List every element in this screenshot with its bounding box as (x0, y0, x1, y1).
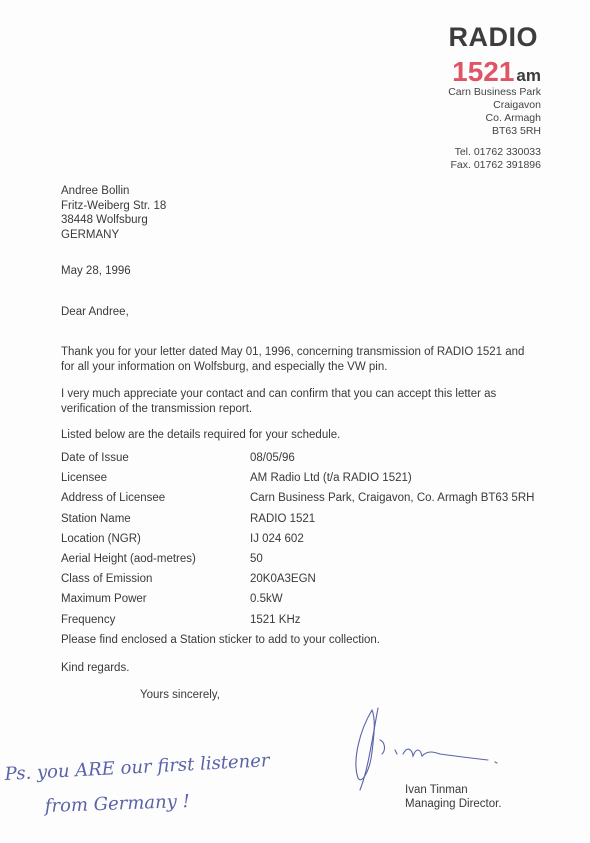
details-value: 20K0A3EGN (250, 573, 316, 593)
details-row: Date of Issue08/05/96 (61, 452, 534, 472)
body-paragraph: I very much appreciate your contact and … (61, 387, 541, 417)
details-row: Maximum Power0.5kW (61, 593, 534, 613)
details-row: Frequency1521 KHz (61, 614, 534, 634)
details-value: 50 (250, 553, 263, 573)
address-line: Craigavon (448, 99, 541, 112)
details-label: Class of Emission (61, 573, 250, 593)
signature-icon (356, 708, 497, 790)
address-line: Co. Armagh (448, 112, 541, 125)
frequency-band: am (516, 66, 541, 85)
details-value: 08/05/96 (250, 452, 295, 472)
details-row: Address of LicenseeCarn Business Park, C… (61, 492, 534, 512)
details-value: IJ 024 602 (250, 533, 304, 553)
details-value: Carn Business Park, Craigavon, Co. Armag… (250, 492, 534, 512)
details-label: Frequency (61, 614, 250, 634)
details-value: 0.5kW (250, 593, 283, 613)
recipient-line: Fritz-Weiberg Str. 18 (61, 199, 166, 214)
address-line: Carn Business Park (448, 86, 541, 99)
handwritten-line: Ps. you ARE our first listener (3, 750, 271, 785)
signer-title: Managing Director. (405, 798, 502, 812)
details-row: LicenseeAM Radio Ltd (t/a RADIO 1521) (61, 472, 534, 492)
recipient-line: 38448 Wolfsburg (61, 213, 166, 228)
handwritten-line: from Germany ! (42, 791, 190, 817)
handwriting-layer: Ps. you ARE our first listener from Germ… (0, 690, 590, 843)
recipient-line: Andree Bollin (61, 184, 166, 199)
details-row: Location (NGR)IJ 024 602 (61, 533, 534, 553)
recipient-line: GERMANY (61, 228, 166, 243)
frequency-number: 1521 (452, 56, 514, 87)
signer-name: Ivan Tinman (405, 784, 502, 798)
details-row: Aerial Height (aod-metres)50 (61, 553, 534, 573)
enclosed-note: Please find enclosed a Station sticker t… (61, 634, 380, 646)
details-label: Date of Issue (61, 452, 250, 472)
details-label: Station Name (61, 513, 250, 533)
details-label: Aerial Height (aod-metres) (61, 553, 250, 573)
address-line: BT63 5RH (448, 125, 541, 138)
details-row: Station NameRADIO 1521 (61, 513, 534, 533)
body-paragraph: Thank you for your letter dated May 01, … (61, 345, 541, 375)
signer-block: Ivan Tinman Managing Director. (405, 784, 502, 811)
fax: Fax. 01762 391896 (451, 159, 542, 172)
details-value: 1521 KHz (250, 614, 301, 634)
station-logo-word: RADIO (449, 22, 539, 53)
letterhead-address: Carn Business Park Craigavon Co. Armagh … (448, 86, 541, 138)
details-row: Class of Emission20K0A3EGN (61, 573, 534, 593)
details-value: RADIO 1521 (250, 513, 315, 533)
details-label: Address of Licensee (61, 492, 250, 512)
details-table: Date of Issue08/05/96 LicenseeAM Radio L… (61, 452, 534, 634)
details-label: Maximum Power (61, 593, 250, 613)
kind-regards: Kind regards. (61, 662, 129, 674)
salutation: Dear Andree, (61, 306, 129, 318)
details-value: AM Radio Ltd (t/a RADIO 1521) (250, 472, 412, 492)
letter-date: May 28, 1996 (61, 265, 131, 277)
handwritten-note: Ps. you ARE our first listener from Germ… (3, 750, 271, 817)
details-label: Licensee (61, 472, 250, 492)
body-paragraph: Listed below are the details required fo… (61, 428, 541, 443)
telephone: Tel. 01762 330033 (451, 146, 542, 159)
recipient-address: Andree Bollin Fritz-Weiberg Str. 18 3844… (61, 184, 166, 242)
station-logo-frequency: 1521am (452, 56, 541, 88)
details-label: Location (NGR) (61, 533, 250, 553)
letterhead-contact: Tel. 01762 330033 Fax. 01762 391896 (451, 146, 542, 172)
